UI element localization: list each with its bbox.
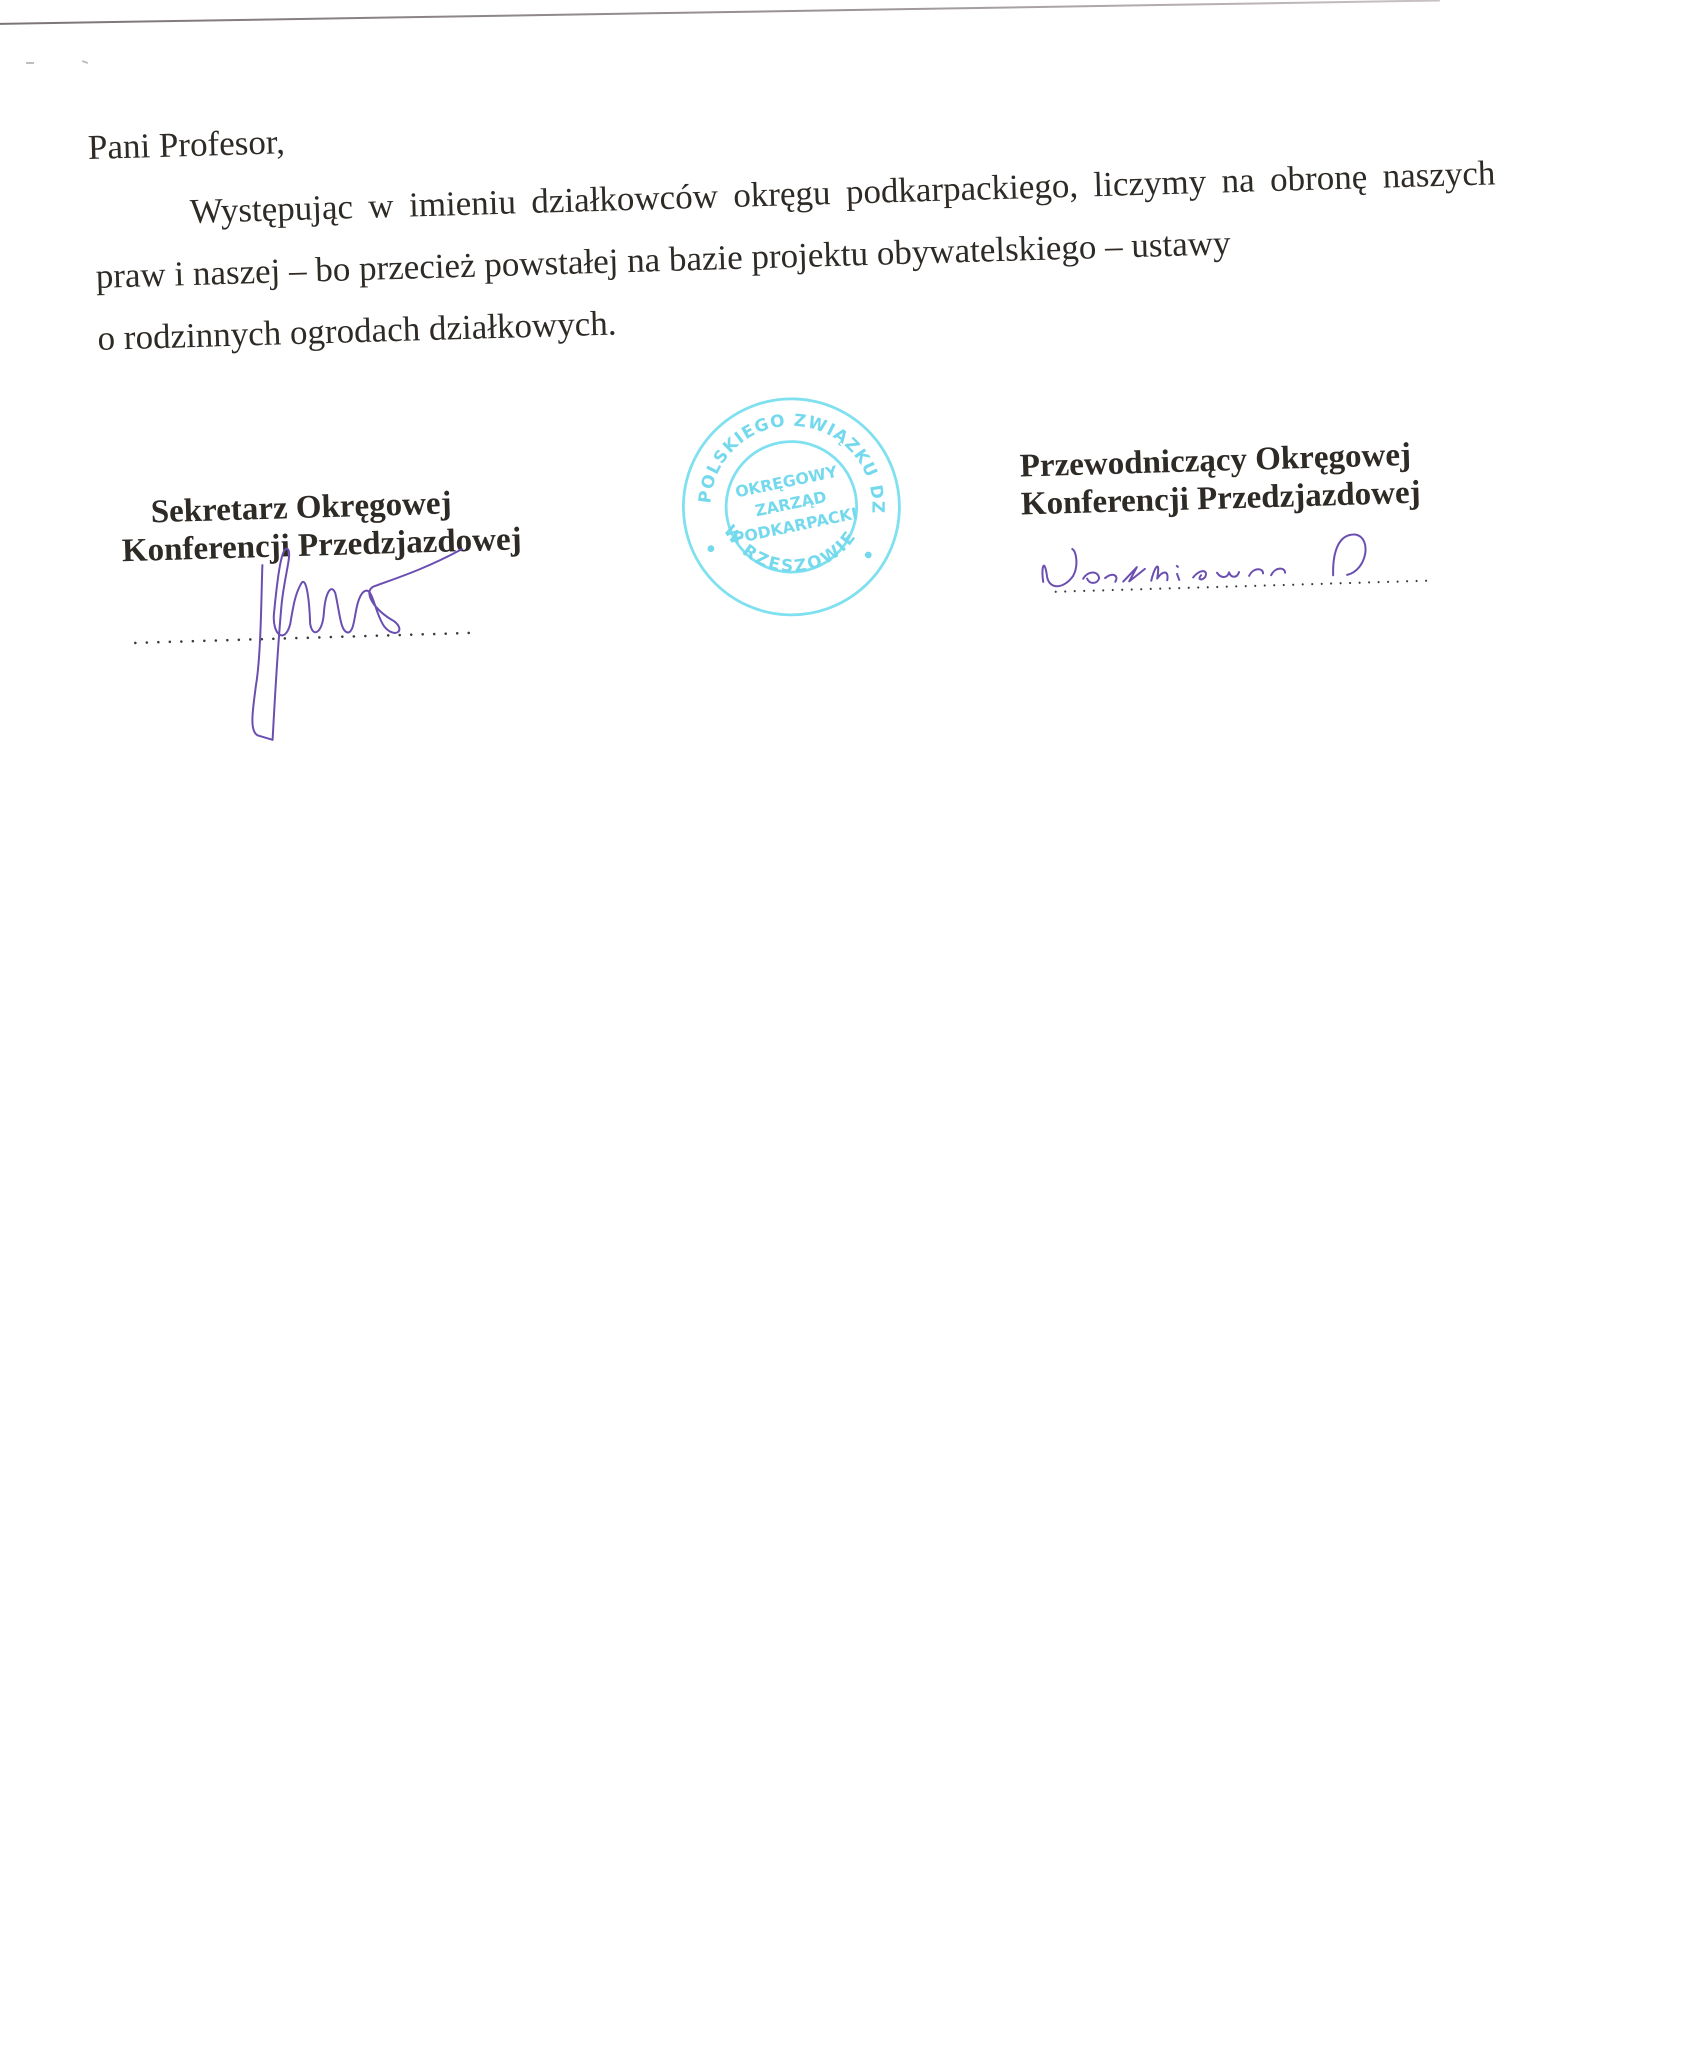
- chairman-signature-block: Przewodniczący Okręgowej Konferencji Prz…: [1019, 436, 1421, 524]
- stamp-star-icon: [707, 545, 714, 552]
- letter-page: Pani Profesor, Występując w imieniu dzia…: [0, 0, 1700, 2067]
- stamp-seal-icon: POLSKIEGO ZWIĄZKU DZIAŁKOWCÓW W RZESZOWI…: [674, 390, 908, 624]
- chairman-signature-line: ........................................: [1053, 565, 1433, 597]
- stamp-star-icon: [865, 551, 872, 558]
- letter-body: Występując w imieniu działkowców okręgu …: [93, 142, 1500, 370]
- secretary-signature-line: ..............................: [132, 614, 478, 650]
- official-stamp: POLSKIEGO ZWIĄZKU DZIAŁKOWCÓW W RZESZOWI…: [674, 390, 908, 624]
- secretary-signature-block: Sekretarz Okręgowej Konferencji Przedzja…: [120, 482, 522, 570]
- salutation: Pani Profesor,: [87, 124, 285, 165]
